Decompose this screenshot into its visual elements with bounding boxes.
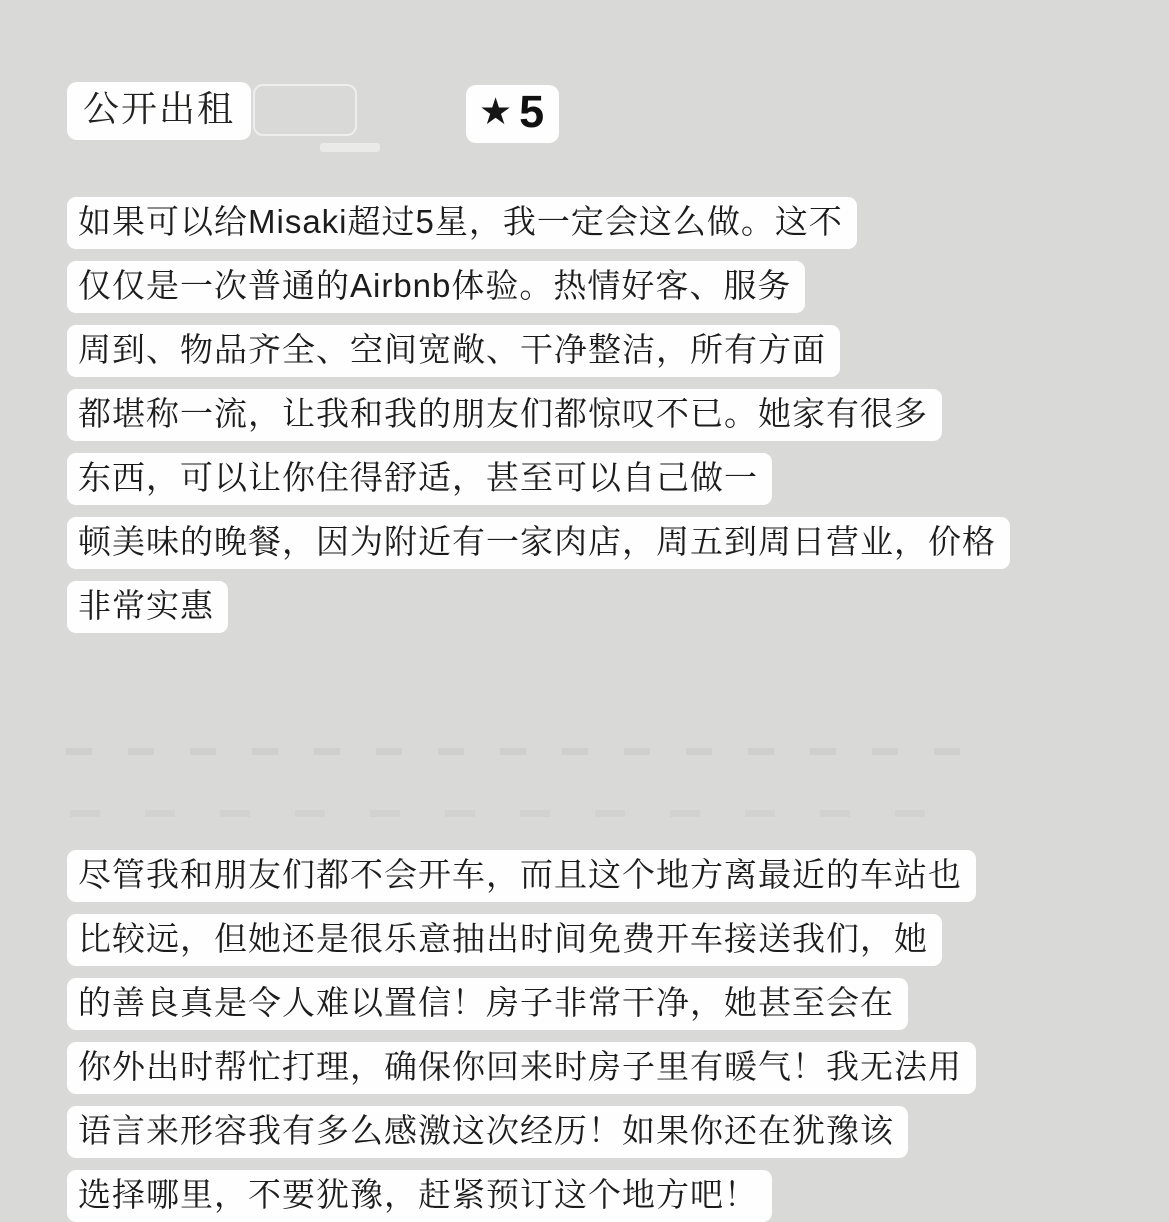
review-line: 如果可以给Misaki超过5星，我一定会这么做。这不 bbox=[67, 197, 857, 249]
review-line: 非常实惠 bbox=[67, 581, 228, 633]
review-line: 顿美味的晚餐，因为附近有一家肉店，周五到周日营业，价格 bbox=[67, 517, 1010, 569]
star-icon: ★ bbox=[479, 92, 512, 132]
review-paragraph-2: 尽管我和朋友们都不会开车，而且这个地方离最近的车站也 比较远，但她还是很乐意抽出… bbox=[67, 850, 976, 1222]
review-paragraph-1: 如果可以给Misaki超过5星，我一定会这么做。这不 仅仅是一次普通的Airbn… bbox=[67, 197, 1010, 633]
ghost-artifact bbox=[253, 84, 357, 136]
ghost-artifact bbox=[70, 810, 950, 817]
review-line: 的善良真是令人难以置信！房子非常干净，她甚至会在 bbox=[67, 978, 908, 1030]
review-line: 东西，可以让你住得舒适，甚至可以自己做一 bbox=[67, 453, 772, 505]
listing-status-badge: 公开出租 bbox=[67, 82, 251, 140]
review-line: 比较远，但她还是很乐意抽出时间免费开车接送我们，她 bbox=[67, 914, 942, 966]
review-line: 仅仅是一次普通的Airbnb体验。热情好客、服务 bbox=[67, 261, 805, 313]
translated-review-screenshot: 公开出租 ★ 5 如果可以给Misaki超过5星，我一定会这么做。这不 仅仅是一… bbox=[0, 0, 1169, 1222]
rating-value: 5 bbox=[519, 90, 544, 134]
ghost-artifact bbox=[320, 143, 380, 152]
ghost-artifact bbox=[66, 748, 961, 755]
review-line: 你外出时帮忙打理，确保你回来时房子里有暖气！我无法用 bbox=[67, 1042, 976, 1094]
review-line: 选择哪里，不要犹豫，赶紧预订这个地方吧！ bbox=[67, 1170, 772, 1222]
review-line: 周到、物品齐全、空间宽敞、干净整洁，所有方面 bbox=[67, 325, 840, 377]
review-line: 尽管我和朋友们都不会开车，而且这个地方离最近的车站也 bbox=[67, 850, 976, 902]
review-line: 语言来形容我有多么感激这次经历！如果你还在犹豫该 bbox=[67, 1106, 908, 1158]
review-line: 都堪称一流，让我和我的朋友们都惊叹不已。她家有很多 bbox=[67, 389, 942, 441]
rating-badge: ★ 5 bbox=[466, 85, 559, 143]
